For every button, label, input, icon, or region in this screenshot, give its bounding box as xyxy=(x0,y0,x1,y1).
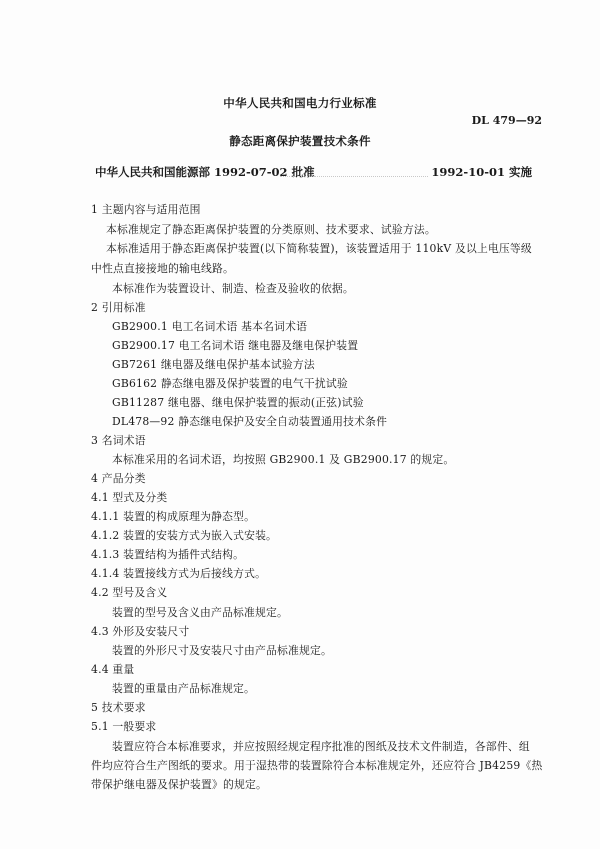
reference-item: GB2900.17 电工名词术语 继电器及继电保护装置 xyxy=(112,339,358,353)
reference-item: GB2900.1 电工名词术语 基本名词术语 xyxy=(112,320,307,334)
reference-item: DL478—92 静态继电保护及安全自动装置通用技术条件 xyxy=(112,415,387,429)
clause-item: 4.1.4 装置接线方式为后接线方式。 xyxy=(91,567,266,581)
section-heading: 4.1 型式及分类 xyxy=(91,491,167,505)
paragraph-line: 本标准适用于静态距离保护装置(以下简称装置)，该装置适用于 110kV 及以上电… xyxy=(106,242,532,256)
section-heading: 4.4 重量 xyxy=(91,663,134,677)
section-heading: 5.1 一般要求 xyxy=(91,720,156,734)
doc-title: 静态距离保护装置技术条件 xyxy=(0,133,600,149)
section-heading: 3 名词术语 xyxy=(91,434,146,448)
section-heading: 5 技术要求 xyxy=(91,701,146,715)
org-title: 中华人民共和国电力行业标准 xyxy=(0,95,600,111)
paragraph-line: 装置应符合本标准要求，并应按照经规定程序批准的图纸及技术文件制造，各部件、组 xyxy=(112,740,530,754)
reference-item: GB6162 静态继电器及保护装置的电气干扰试验 xyxy=(112,377,348,391)
reference-item: GB7261 继电器及继电保护基本试验方法 xyxy=(112,358,315,372)
standard-code: DL 479—92 xyxy=(472,114,542,127)
paragraph-line: 本标准作为装置设计、制造、检查及验收的依据。 xyxy=(112,282,354,296)
paragraph-line: 本标准规定了静态距离保护装置的分类原则、技术要求、试验方法。 xyxy=(106,223,436,237)
paragraph-line: 装置的外形尺寸及安装尺寸由产品标准规定。 xyxy=(112,644,332,658)
document-page: 中华人民共和国电力行业标准 DL 479—92 静态距离保护装置技术条件 中华人… xyxy=(0,0,600,849)
section-heading: 4 产品分类 xyxy=(91,472,146,486)
paragraph-line: 本标准采用的名词术语，均按照 GB2900.1 及 GB2900.17 的规定。 xyxy=(112,453,454,467)
paragraph-line: 带保护继电器及保护装置》的规定。 xyxy=(91,778,267,792)
dotted-leader xyxy=(280,176,428,177)
section-heading: 2 引用标准 xyxy=(91,301,146,315)
effective-date: 1992-10-01 实施 xyxy=(431,164,532,180)
section-heading: 1 主题内容与适用范围 xyxy=(91,203,201,217)
paragraph-line: 中性点直接接地的输电线路。 xyxy=(91,262,234,276)
section-heading: 4.3 外形及安装尺寸 xyxy=(91,625,189,639)
clause-item: 4.1.2 装置的安装方式为嵌入式安装。 xyxy=(91,529,277,543)
approval-info: 中华人民共和国能源部 1992-07-02 批准 xyxy=(95,164,315,180)
section-heading: 4.2 型号及含义 xyxy=(91,586,167,600)
paragraph-line: 装置的型号及含义由产品标准规定。 xyxy=(112,606,288,620)
paragraph-line: 件均应符合生产图纸的要求。用于湿热带的装置除符合本标准规定外，还应符合 JB42… xyxy=(91,759,542,773)
clause-item: 4.1.1 装置的构成原理为静态型。 xyxy=(91,510,255,524)
reference-item: GB11287 继电器、继电保护装置的振动(正弦)试验 xyxy=(112,396,364,410)
clause-item: 4.1.3 装置结构为插件式结构。 xyxy=(91,548,244,562)
paragraph-line: 装置的重量由产品标准规定。 xyxy=(112,682,255,696)
